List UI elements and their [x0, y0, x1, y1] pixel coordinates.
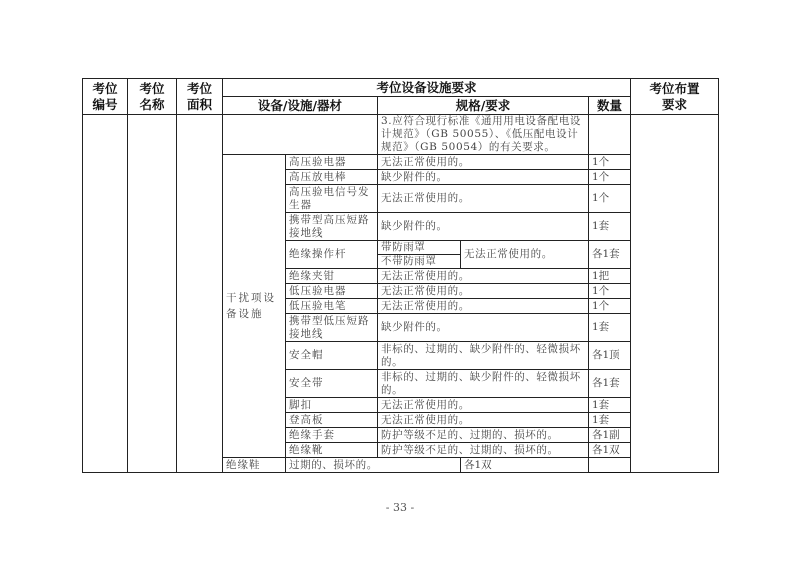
item-name: 高压验电信号发生器: [286, 185, 378, 213]
item-qty: 1个: [589, 299, 631, 314]
item-name: 高压放电棒: [286, 170, 378, 185]
item-spec: 防护等级不足的、过期的、损坏的。: [378, 428, 589, 443]
item-qty: 各1双: [589, 443, 631, 458]
item-qty: 1个: [589, 170, 631, 185]
item-name: 低压验电笔: [286, 299, 378, 314]
item-name: 登高板: [286, 413, 378, 428]
item-name: 绝缘夹钳: [286, 269, 378, 284]
header-spec: 规格/要求: [378, 97, 589, 115]
group-label: 干扰项设备设施: [223, 155, 286, 458]
item-spec: 非标的、过期的、缺少附件的、轻微损坏的。: [378, 370, 589, 398]
item-qty: 各1套: [589, 241, 631, 269]
item-name: 绝缘手套: [286, 428, 378, 443]
item-qty: 1个: [589, 284, 631, 299]
header-row-1: 考位编号 考位名称 考位面积 考位设备设施要求 考位布置要求: [83, 79, 719, 97]
continuation-row: 3.应符合现行标准《通用用电设备配电设计规范》（GB 50055）、《低压配电设…: [83, 115, 719, 155]
item-spec: 无法正常使用的。: [378, 185, 589, 213]
item-spec: 无法正常使用的。: [378, 155, 589, 170]
item-qty: 1套: [589, 398, 631, 413]
item-qty: 1套: [589, 413, 631, 428]
item-name: 绝缘操作杆: [286, 241, 378, 269]
item-name: 安全帽: [286, 342, 378, 370]
continuation-equipment-cell: [223, 115, 378, 155]
header-exam-area: 考位面积: [177, 79, 223, 115]
item-qty: 1套: [589, 314, 631, 342]
item-name: 高压验电器: [286, 155, 378, 170]
item-spec: 无法正常使用的。: [378, 299, 589, 314]
item-name: 携带型低压短路接地线: [286, 314, 378, 342]
page-number: - 33 -: [0, 501, 800, 514]
item-subtype-b: 不带防雨罩: [378, 255, 461, 269]
item-spec: 无法正常使用的。: [461, 241, 589, 269]
item-name: 安全带: [286, 370, 378, 398]
layout-requirements-cell: [631, 115, 719, 473]
item-spec: 防护等级不足的、过期的、损坏的。: [378, 443, 589, 458]
header-layout-requirements: 考位布置要求: [631, 79, 719, 115]
item-name: 携带型高压短路接地线: [286, 213, 378, 241]
item-qty: 各1双: [461, 458, 589, 473]
item-qty: 各1副: [589, 428, 631, 443]
item-spec: 缺少附件的。: [378, 314, 589, 342]
item-name: 绝缘靴: [286, 443, 378, 458]
continuation-spec: 3.应符合现行标准《通用用电设备配电设计规范》（GB 50055）、《低压配电设…: [378, 115, 589, 155]
exam-id-cell: [83, 115, 128, 473]
exam-name-cell: [128, 115, 177, 473]
item-qty: 1套: [589, 213, 631, 241]
item-name: 低压验电器: [286, 284, 378, 299]
item-qty: 1把: [589, 269, 631, 284]
item-spec: 无法正常使用的。: [378, 284, 589, 299]
continuation-qty-cell: [589, 115, 631, 155]
item-spec: 缺少附件的。: [378, 213, 589, 241]
item-subtype-a: 带防雨罩: [378, 241, 461, 255]
item-name: 脚扣: [286, 398, 378, 413]
item-qty: 各1套: [589, 370, 631, 398]
item-spec: 无法正常使用的。: [378, 269, 589, 284]
requirements-table: 考位编号 考位名称 考位面积 考位设备设施要求 考位布置要求 设备/设施/器材 …: [82, 78, 719, 473]
header-exam-id: 考位编号: [83, 79, 128, 115]
header-exam-name: 考位名称: [128, 79, 177, 115]
item-spec: 非标的、过期的、缺少附件的、轻微损坏的。: [378, 342, 589, 370]
item-spec: 缺少附件的。: [378, 170, 589, 185]
exam-area-cell: [177, 115, 223, 473]
item-spec: 无法正常使用的。: [378, 398, 589, 413]
item-name: 绝缘鞋: [223, 458, 286, 473]
header-equipment-requirements: 考位设备设施要求: [223, 79, 631, 97]
item-spec: 过期的、损坏的。: [286, 458, 461, 473]
header-equipment: 设备/设施/器材: [223, 97, 378, 115]
item-qty: 各1顶: [589, 342, 631, 370]
item-qty: 1个: [589, 185, 631, 213]
item-qty: 1个: [589, 155, 631, 170]
item-spec: 无法正常使用的。: [378, 413, 589, 428]
header-quantity: 数量: [589, 97, 631, 115]
